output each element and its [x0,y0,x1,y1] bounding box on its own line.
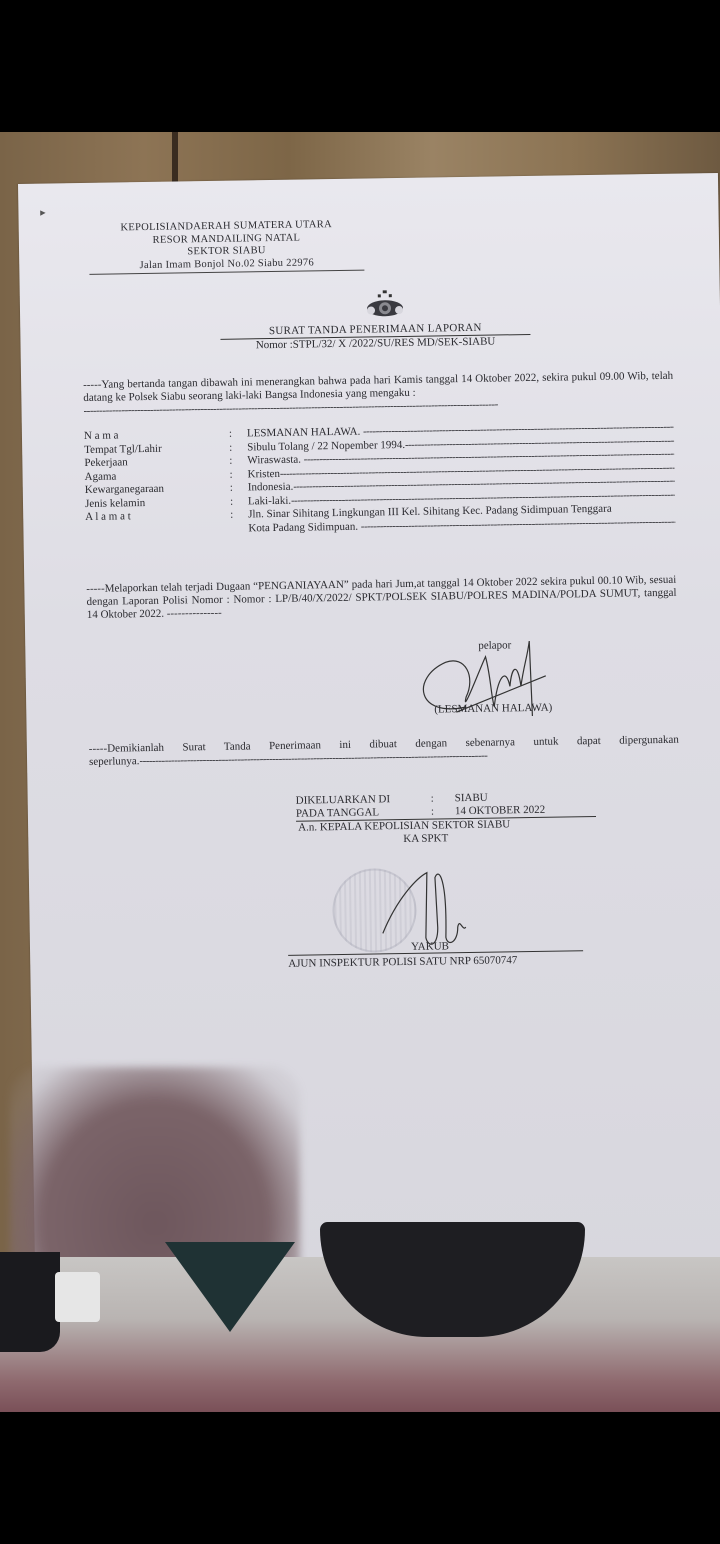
document-title: SURAT TANDA PENERIMAAN LAPORAN Nomor :ST… [220,321,530,353]
officer-rank: AJUN INSPEKTUR POLISI SATU NRP 65070747 [288,950,583,971]
identity-table: N a m a : LESMANAN HALAWA. Tempat Tgl/La… [84,421,676,538]
police-emblem-icon [365,290,405,319]
issued-place-value: SIABU [455,792,488,806]
identity-value: LESMANAN HALAWA. [247,426,363,440]
issued-date-value: 14 OKTOBER 2022 [455,804,545,818]
colon: : [229,454,247,468]
identity-value: Kota Padang Sidimpuan. [248,520,361,534]
colon: : [229,427,247,441]
closing-paragraph: -----Demikianlah Surat Tanda Penerimaan … [89,734,679,769]
report-paragraph: -----Melaporkan telah terjadi Dugaan “PE… [86,574,677,622]
identity-value: Laki-laki. [248,494,291,507]
letterhead-address: Jalan Imam Bonjol No.02 Siabu 22976 [89,256,364,275]
position-line: KA SPKT [403,830,596,846]
issued-date-label: PADA TANGGAL [296,806,431,821]
colon: : [229,468,247,482]
letterhead: KEPOLISIANDAERAH SUMATERA UTARA RESOR MA… [89,219,365,275]
title-number: Nomor :STPL/32/ X /2022/SU/RES MD/SEK-SI… [256,336,496,352]
identity-value: Wiraswasta. [247,454,304,467]
corner-mark: ► [38,206,47,220]
issued-block: DIKELUARKAN DI : SIABU PADA TANGGAL : 14… [296,790,597,848]
reporter-signature-block: pelapor (LESMANAN HALAWA) [405,635,606,728]
colon: : [229,441,247,455]
white-plug [55,1272,100,1322]
reporter-name: (LESMANAN HALAWA) [434,701,552,717]
colon: : [230,508,248,522]
photo-background: ► KEPOLISIANDAERAH SUMATERA UTARA RESOR … [0,132,720,1412]
intro-paragraph: -----Yang bertanda tangan dibawah ini me… [83,370,674,418]
identity-value: Sibulu Tolang / 22 Nopember 1994. [247,438,405,452]
identity-value: Indonesia. [248,481,294,494]
dark-triangle-object [165,1242,295,1332]
colon: : [230,481,248,495]
dark-object-left [0,1252,60,1352]
identity-value: Kristen [247,467,280,480]
official-signature-block: YAKUB AJUN INSPEKTUR POLISI SATU NRP 650… [287,855,599,970]
colon: : [230,495,248,509]
